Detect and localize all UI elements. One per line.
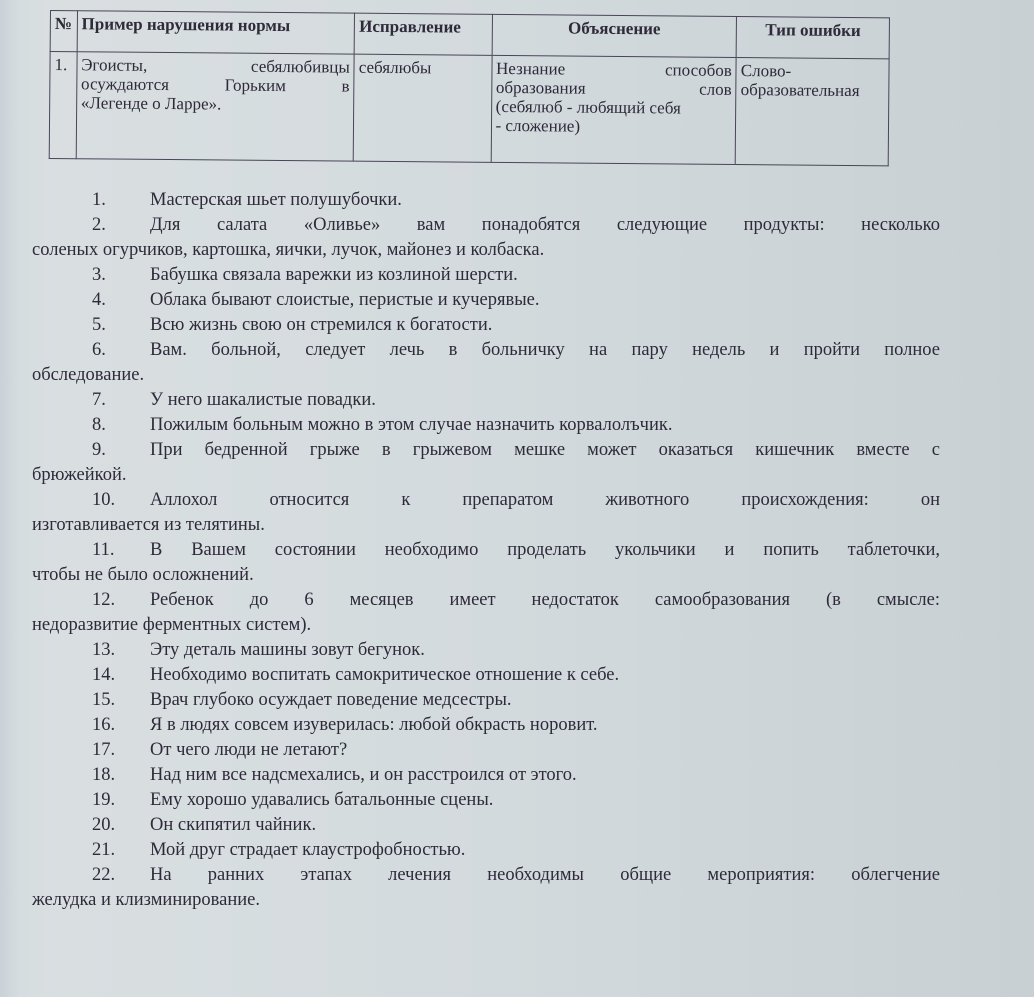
item-continuation: обследование.: [30, 363, 940, 388]
item-first-line: 8.Пожилым больным можно в этом случае на…: [30, 413, 940, 438]
cell-error-type: Слово- образовательная: [736, 57, 890, 165]
item-first-line: 3.Бабушка связала варежки из козлиной ше…: [30, 263, 940, 288]
list-item: 22.На ранних этапах лечения необходимы о…: [30, 863, 940, 913]
header-explanation: Объяснение: [492, 14, 737, 57]
cell-explanation: Незнаниеспособов образованияслов (себялю…: [491, 55, 737, 164]
item-first-line: 22.На ранних этапах лечения необходимы о…: [30, 863, 940, 888]
item-continuation: брюжейкой.: [30, 463, 940, 488]
item-text: От чего люди не летают?: [150, 738, 940, 763]
item-number: 3.: [30, 263, 150, 288]
item-number: 14.: [30, 663, 150, 688]
list-item: 11.В Вашем состоянии необходимо проделат…: [30, 538, 940, 588]
item-first-line: 6.Вам. больной, следует лечь в больничку…: [30, 338, 940, 363]
table-row: 1. Эгоисты,себялюбивцы осуждаютсяГорьким…: [49, 52, 889, 166]
item-first-line: 12.Ребенок до 6 месяцев имеет недостаток…: [30, 588, 940, 613]
list-item: 2.Для салата «Оливье» вам понадобятся сл…: [30, 213, 940, 263]
item-text: Всю жизнь свою он стремился к богатости.: [150, 313, 940, 338]
item-continuation: желудка и клизминирование.: [30, 888, 940, 913]
header-error-type: Тип ошибки: [736, 16, 889, 58]
explanation-line: Незнаниеспособов: [496, 59, 732, 80]
header-correction: Исправление: [354, 13, 492, 55]
list-item: 9.При бедренной грыже в грыжевом мешке м…: [30, 438, 940, 488]
document-page: № Пример нарушения нормы Исправление Объ…: [0, 0, 1034, 997]
item-number: 21.: [30, 838, 150, 863]
item-first-line: 4.Облака бывают слоистые, перистые и куч…: [30, 288, 940, 313]
item-first-line: 21.Мой друг страдает клаустрофобностью.: [30, 838, 940, 863]
item-number: 11.: [30, 538, 150, 563]
list-item: 20.Он скипятил чайник.: [30, 813, 940, 838]
item-first-line: 5.Всю жизнь свою он стремился к богатост…: [30, 313, 940, 338]
item-text: Необходимо воспитать самокритическое отн…: [150, 663, 940, 688]
item-text: На ранних этапах лечения необходимы общи…: [150, 863, 940, 888]
item-text: Эту деталь машины зовут бегунок.: [150, 638, 940, 663]
item-number: 6.: [30, 338, 150, 363]
list-item: 6.Вам. больной, следует лечь в больничку…: [30, 338, 940, 388]
item-number: 15.: [30, 688, 150, 713]
list-item: 16.Я в людях совсем изуверилась: любой о…: [30, 713, 940, 738]
word: осуждаются: [81, 74, 169, 94]
error-type-line: образовательная: [741, 80, 885, 100]
item-first-line: 16.Я в людях совсем изуверилась: любой о…: [30, 713, 940, 738]
list-item: 1.Мастерская шьет полушубочки.: [30, 188, 940, 213]
item-text: Вам. больной, следует лечь в больничку н…: [150, 338, 940, 363]
word: в: [342, 77, 350, 96]
list-item: 17.От чего люди не летают?: [30, 738, 940, 763]
item-number: 8.: [30, 413, 150, 438]
item-first-line: 20.Он скипятил чайник.: [30, 813, 940, 838]
item-continuation: соленых огурчиков, картошка, яички, лучо…: [30, 238, 940, 263]
item-text: Ему хорошо удавались батальонные сцены.: [150, 788, 940, 813]
list-item: 5.Всю жизнь свою он стремился к богатост…: [30, 313, 940, 338]
sentence-list: 1.Мастерская шьет полушубочки.2.Для сала…: [30, 188, 940, 913]
item-number: 2.: [30, 213, 150, 238]
table-header-row: № Пример нарушения нормы Исправление Объ…: [50, 11, 889, 59]
item-first-line: 17.От чего люди не летают?: [30, 738, 940, 763]
item-number: 5.: [30, 313, 150, 338]
list-item: 19.Ему хорошо удавались батальонные сцен…: [30, 788, 940, 813]
item-text: Мой друг страдает клаустрофобностью.: [150, 838, 940, 863]
item-number: 13.: [30, 638, 150, 663]
word: Эгоисты,: [81, 55, 147, 75]
word: Горьким: [225, 76, 286, 96]
item-number: 18.: [30, 763, 150, 788]
item-text: В Вашем состоянии необходимо проделать у…: [150, 538, 940, 563]
example-line: осуждаютсяГорькимв: [81, 74, 350, 95]
item-number: 16.: [30, 713, 150, 738]
item-first-line: 2.Для салата «Оливье» вам понадобятся сл…: [30, 213, 940, 238]
header-example: Пример нарушения нормы: [77, 11, 355, 54]
list-item: 8.Пожилым больным можно в этом случае на…: [30, 413, 940, 438]
cell-correction: себялюбы: [353, 54, 491, 162]
explanation-line: образованияслов: [496, 78, 732, 99]
list-item: 7.У него шакалистые повадки.: [30, 388, 940, 413]
list-item: 3.Бабушка связала варежки из козлиной ше…: [30, 263, 940, 288]
item-number: 22.: [30, 863, 150, 888]
list-item: 12.Ребенок до 6 месяцев имеет недостаток…: [30, 588, 940, 638]
cell-number: 1.: [49, 52, 77, 159]
item-text: При бедренной грыже в грыжевом мешке мож…: [150, 438, 940, 463]
item-text: У него шакалистые повадки.: [150, 388, 940, 413]
item-text: Ребенок до 6 месяцев имеет недостаток са…: [150, 588, 940, 613]
example-line: «Легенде о Ларре».: [81, 93, 350, 114]
list-item: 18.Над ним все надсмехались, и он расстр…: [30, 763, 940, 788]
word: себялюбивцы: [251, 57, 350, 77]
word: образования: [496, 78, 586, 98]
item-number: 10.: [30, 488, 150, 513]
header-number: №: [50, 11, 77, 52]
item-number: 20.: [30, 813, 150, 838]
item-text: Над ним все надсмехались, и он расстроил…: [150, 763, 940, 788]
item-text: Пожилым больным можно в этом случае назн…: [150, 413, 940, 438]
list-item: 13.Эту деталь машины зовут бегунок.: [30, 638, 940, 663]
item-first-line: 9.При бедренной грыже в грыжевом мешке м…: [30, 438, 940, 463]
item-text: Он скипятил чайник.: [150, 813, 940, 838]
word: способов: [665, 60, 732, 80]
word: слов: [699, 80, 732, 99]
explanation-line: - сложение): [495, 116, 731, 137]
item-number: 12.: [30, 588, 150, 613]
item-text: Врач глубоко осуждает поведение медсестр…: [150, 688, 940, 713]
cell-example: Эгоисты,себялюбивцы осуждаютсяГорькимв «…: [76, 52, 355, 161]
list-item: 10.Аллохол относится к препаратом животн…: [30, 488, 940, 538]
item-number: 7.: [30, 388, 150, 413]
error-table: № Пример нарушения нормы Исправление Объ…: [49, 10, 890, 166]
item-number: 19.: [30, 788, 150, 813]
item-text: Для салата «Оливье» вам понадобятся след…: [150, 213, 940, 238]
item-first-line: 14.Необходимо воспитать самокритическое …: [30, 663, 940, 688]
item-continuation: недоразвитие ферментных систем).: [30, 613, 940, 638]
explanation-line: (себялюб - любящий себя: [496, 97, 732, 118]
list-item: 14.Необходимо воспитать самокритическое …: [30, 663, 940, 688]
item-first-line: 13.Эту деталь машины зовут бегунок.: [30, 638, 940, 663]
item-continuation: изготавливается из телятины.: [30, 513, 940, 538]
item-number: 17.: [30, 738, 150, 763]
item-first-line: 10.Аллохол относится к препаратом животн…: [30, 488, 940, 513]
item-first-line: 15.Врач глубоко осуждает поведение медсе…: [30, 688, 940, 713]
item-text: Бабушка связала варежки из козлиной шерс…: [150, 263, 940, 288]
item-continuation: чтобы не было осложнений.: [30, 563, 940, 588]
list-item: 15.Врач глубоко осуждает поведение медсе…: [30, 688, 940, 713]
item-number: 9.: [30, 438, 150, 463]
item-text: Мастерская шьет полушубочки.: [150, 188, 940, 213]
item-first-line: 18.Над ним все надсмехались, и он расстр…: [30, 763, 940, 788]
item-first-line: 1.Мастерская шьет полушубочки.: [30, 188, 940, 213]
list-item: 21.Мой друг страдает клаустрофобностью.: [30, 838, 940, 863]
item-number: 4.: [30, 288, 150, 313]
item-text: Облака бывают слоистые, перистые и кучер…: [150, 288, 940, 313]
error-type-line: Слово-: [741, 61, 885, 81]
list-item: 4.Облака бывают слоистые, перистые и куч…: [30, 288, 940, 313]
item-text: Я в людях совсем изуверилась: любой обкр…: [150, 713, 940, 738]
item-first-line: 19.Ему хорошо удавались батальонные сцен…: [30, 788, 940, 813]
item-first-line: 7.У него шакалистые повадки.: [30, 388, 940, 413]
item-text: Аллохол относится к препаратом животного…: [150, 488, 940, 513]
word: Незнание: [496, 59, 565, 79]
example-line: Эгоисты,себялюбивцы: [81, 55, 350, 76]
item-number: 1.: [30, 188, 150, 213]
item-first-line: 11.В Вашем состоянии необходимо проделат…: [30, 538, 940, 563]
